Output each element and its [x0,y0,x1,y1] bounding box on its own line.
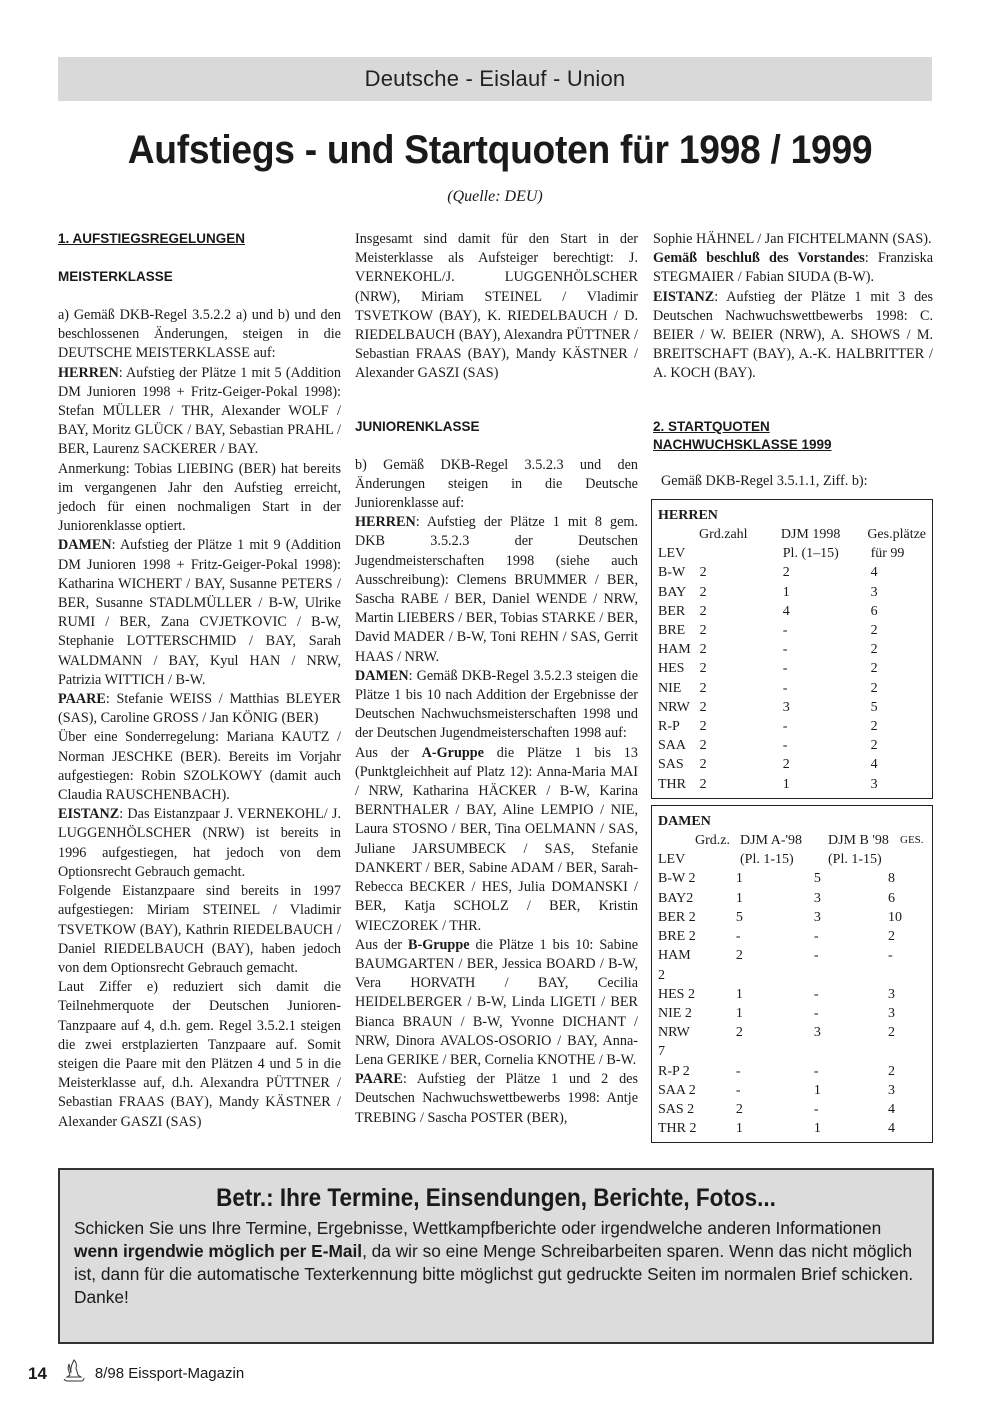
table-row: BER246 [658,602,926,621]
publisher-banner: Deutsche - Eislauf - Union [58,57,932,101]
junioren-damen: DAMEN: Gemäß DKB-Regel 3.5.2.3 steigen d… [355,667,638,744]
junioren-a-gruppe: Aus der A-Gruppe die Plätze 1 bis 13 (Pu… [355,744,638,936]
meister-laut-ziffer: Laut Ziffer e) reduziert sich damit die … [58,978,341,1132]
junioren-herren: HERREN: Aufstieg der Plätze 1 mit 8 gem.… [355,513,638,667]
table-row: HES2-2 [658,659,926,678]
subheading-meisterklasse: MEISTERKLASSE [58,268,341,286]
column-1: 1. AUFSTIEGSREGELUNGEN MEISTERKLASSE a) … [58,230,341,1132]
section-heading-startquoten: 2. STARTQUOTENNACHWUCHSKLASSE 1999 [653,418,933,454]
table-row: NRW235 [658,698,926,717]
page-title: Aufstiegs - und Startquoten für 1998 / 1… [35,128,965,173]
table-header-row: Grd.z. DJM A-'98 DJM B '98 GES. [658,831,926,850]
table-row: 2 [658,966,926,985]
column-2: Insgesamt sind damit für den Start in de… [355,230,638,1128]
table-row: B-W224 [658,563,926,582]
meister-anmerkung: Anmerkung: Tobias LIEBING (BER) hat bere… [58,460,341,537]
meister-eistanz: EISTANZ: Das Eistanzpaar J. VERNEKOHL/ J… [58,805,341,882]
notice-box: Betr.: Ihre Termine, Einsendungen, Beric… [58,1168,934,1344]
junioren-eistanz: EISTANZ: Aufstieg der Plätze 1 mit 3 des… [653,288,933,384]
table-header-row: Grd.zahl DJM 1998 Ges.plätze [658,525,926,544]
table-row: NIE 21-3 [658,1004,926,1023]
column-3: Sophie HÄHNEL / Jan FICHTELMANN (SAS). G… [653,230,933,1143]
source-note: (Quelle: DEU) [0,188,990,206]
table-row: BRE 2--2 [658,927,926,946]
skater-logo-icon [61,1358,87,1389]
meister-damen: DAMEN: Aufstieg der Plätze 1 mit 9 (Addi… [58,536,341,690]
table-row: 7 [658,1042,926,1061]
page-footer: 14 8/98 Eissport-Magazin [28,1358,244,1389]
banner-text: Deutsche - Eislauf - Union [365,66,626,92]
table-row: HES 21-3 [658,985,926,1004]
table-row: SAA2-2 [658,736,926,755]
junioren-vorstand: Gemäß beschluß des Vorstandes: Franziska… [653,249,933,287]
table-row: BER 25310 [658,908,926,927]
table-row: SAS224 [658,755,926,774]
table-row: HAM2-2 [658,640,926,659]
table-header-row: LEV Pl. (1–15) für 99 [658,544,926,563]
meister-herren: HERREN: Aufstieg der Plätze 1 mit 5 (Add… [58,364,341,460]
notice-heading: Betr.: Ihre Termine, Einsendungen, Beric… [104,1184,889,1213]
table-row: SAS 22-4 [658,1100,926,1119]
table-row: NRW232 [658,1023,926,1042]
junioren-intro: b) Gemäß DKB-Regel 3.5.2.3 und den Änder… [355,456,638,514]
junioren-paare: PAARE: Aufstieg der Plätze 1 und 2 des D… [355,1070,638,1128]
table-row: THR213 [658,775,926,794]
meister-insgesamt: Insgesamt sind damit für den Start in de… [355,230,638,384]
notice-text: Schicken Sie uns Ihre Termine, Ergebniss… [60,1217,932,1309]
damen-table-title: DAMEN [658,812,926,831]
table-row: BAY213 [658,583,926,602]
table-row: HAM2-- [658,946,926,965]
table-header-row: LEV (Pl. 1-15) (Pl. 1-15) [658,850,926,869]
section-heading-aufstieg: 1. AUFSTIEGSREGELUNGEN [58,230,341,248]
startquoten-regel: Gemäß DKB-Regel 3.5.1.1, Ziff. b): [653,472,933,491]
table-row: SAA 2-13 [658,1081,926,1100]
table-row: THR 2114 [658,1119,926,1138]
meister-eistanz-1997: Folgende Eistanzpaare sind bereits in 19… [58,882,341,978]
publication-name: 8/98 Eissport-Magazin [95,1365,244,1382]
meister-sonderregelung: Über eine Sonderregelung: Mariana KAUTZ … [58,728,341,805]
herren-table-title: HERREN [658,506,926,525]
table-row: BRE2-2 [658,621,926,640]
meister-paare: PAARE: Stefanie WEISS / Matthias BLEYER … [58,690,341,728]
meister-intro: a) Gemäß DKB-Regel 3.5.2.2 a) und b) und… [58,306,341,364]
junioren-b-gruppe: Aus der B-Gruppe die Plätze 1 bis 10: Sa… [355,936,638,1070]
damen-quota-table: DAMEN Grd.z. DJM A-'98 DJM B '98 GES. LE… [651,805,933,1143]
table-row: R-P 2--2 [658,1062,926,1081]
table-row: BAY2136 [658,889,926,908]
junioren-paare-cont: Sophie HÄHNEL / Jan FICHTELMANN (SAS). [653,230,933,249]
subheading-juniorenklasse: JUNIORENKLASSE [355,418,638,436]
table-row: B-W 2158 [658,869,926,888]
herren-quota-table: HERREN Grd.zahl DJM 1998 Ges.plätze LEV … [651,499,933,799]
table-row: R-P2-2 [658,717,926,736]
page-number: 14 [28,1364,47,1384]
table-row: NIE2-2 [658,679,926,698]
